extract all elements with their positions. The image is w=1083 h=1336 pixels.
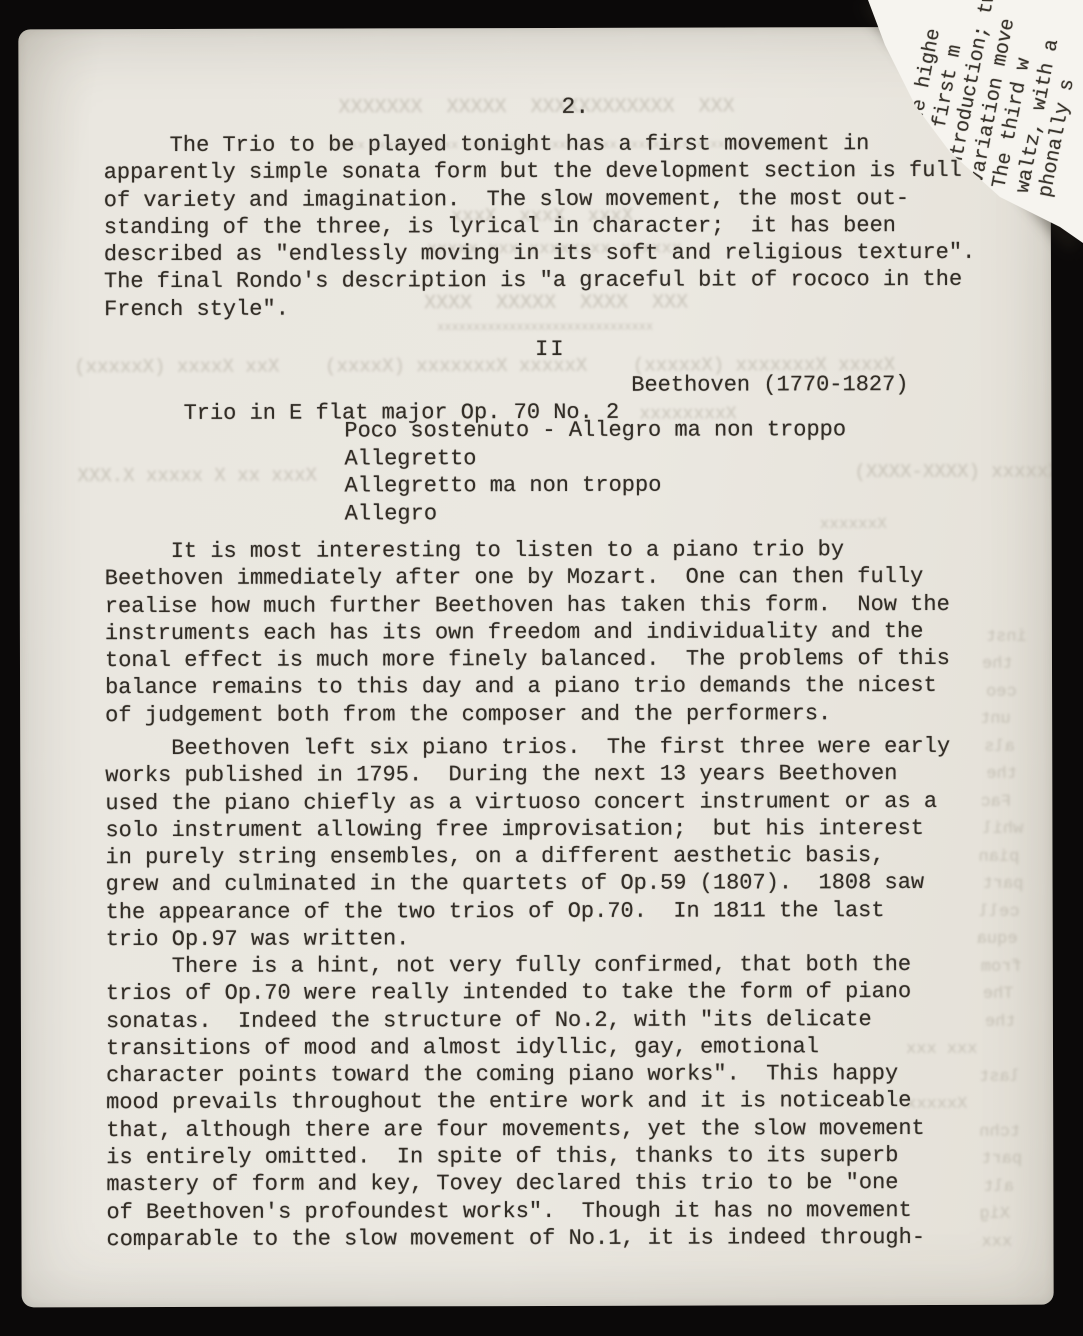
ghost-showthrough-text: unt (980, 711, 1011, 728)
text-line: of variety and imagination. The slow mov… (104, 184, 975, 214)
page-number: 2. (561, 94, 589, 121)
ghost-showthrough-text: part (981, 1151, 1022, 1168)
text-line: It is most interesting to listen to a pi… (105, 536, 950, 566)
ghost-showthrough-text: XXX XXXXXXXXXXXX XXXXX XXXXXXX (339, 97, 735, 118)
ghost-showthrough-text: pian (978, 849, 1019, 866)
ghost-showthrough-text: the (982, 656, 1013, 673)
text-line: balance remains to this day and a piano … (105, 672, 950, 702)
ghost-showthrough-text: tchn (979, 1124, 1020, 1141)
text-line: sonatas. Indeed the structure of No.2, w… (106, 1006, 925, 1035)
photo-background: XXX XXXXXXXXXXXX XXXXX XXXXXXXxxx xxxxxx… (0, 0, 1083, 1336)
text-line: solo instrument allowing free improvisat… (105, 815, 950, 845)
text-line: described as "endlessly moving in its so… (104, 239, 975, 269)
ghost-showthrough-text: from (981, 959, 1022, 976)
movement-list: Poco sostenuto - Allegro ma non troppoAl… (344, 416, 846, 527)
text-line: grew and culminated in the quartets of O… (106, 869, 951, 899)
ghost-showthrough-text: Xig (979, 1206, 1010, 1223)
text-line: is entirely omitted. In spite of this, t… (106, 1142, 925, 1171)
ghost-showthrough-text: ceo (986, 684, 1017, 701)
text-line: standing of the three, is lyrical in cha… (104, 212, 975, 242)
text-line: tonal effect is much more finely balance… (105, 645, 950, 675)
text-line: apparently simple sonata form but the de… (104, 157, 975, 187)
text-line: the appearance of the two trios of Op.70… (106, 897, 951, 927)
ghost-showthrough-text: Fac (980, 794, 1011, 811)
paragraph-4: There is a hint, not very fully confirme… (106, 951, 925, 1253)
ghost-showthrough-text: alt (983, 1179, 1014, 1196)
text-line: French style". (104, 294, 975, 324)
text-line: used the piano chiefly as a virtuoso con… (105, 788, 950, 818)
ghost-showthrough-text: last (979, 1069, 1020, 1086)
text-line: that, although there are four movements,… (106, 1115, 925, 1144)
document-page: XXX XXXXXXXXXXXX XXXXX XXXXXXXxxx xxxxxx… (18, 27, 1053, 1308)
ghost-showthrough-text: part (983, 876, 1024, 893)
text-line: trio Op.97 was written. (106, 924, 951, 954)
ghost-showthrough-text: xxxxxxxxxxxxxxxxxxxxxxxxxxxxxx (437, 321, 653, 334)
text-line: trios of Op.70 were really intended to t… (106, 978, 925, 1007)
ghost-showthrough-text: the (985, 1014, 1016, 1031)
ghost-showthrough-text: equa (977, 931, 1018, 948)
text-line: mood prevails throughout the entire work… (106, 1087, 925, 1116)
paragraph-3: Beethoven left six piano trios. The firs… (105, 733, 951, 954)
text-line: Poco sostenuto - Allegro ma non troppo (344, 416, 846, 445)
ghost-showthrough-text: cell (979, 904, 1020, 921)
text-line: character points toward the coming piano… (106, 1060, 925, 1089)
composer-dates: Beethoven (1770-1827) (631, 371, 908, 399)
ghost-showthrough-text: als (984, 739, 1015, 756)
text-line: There is a hint, not very fully confirme… (106, 951, 925, 980)
text-line: Allegretto (344, 444, 846, 473)
ghost-showthrough-text: inst (986, 629, 1027, 646)
paragraph-2: It is most interesting to listen to a pi… (105, 536, 950, 729)
text-line: of judgement both from the composer and … (105, 700, 950, 730)
ghost-showthrough-text: xxx (981, 1234, 1012, 1251)
text-line: The final Rondo's description is "a grac… (104, 266, 975, 296)
text-line: Beethoven immediately after one by Mozar… (105, 563, 950, 593)
text-line: mastery of form and key, Tovey declared … (106, 1169, 925, 1198)
ghost-showthrough-text: the (986, 766, 1017, 783)
ghost-showthrough-text: whil (982, 821, 1023, 838)
section-numeral: II (535, 336, 565, 363)
text-line: comparable to the slow movement of No.1,… (106, 1224, 925, 1253)
text-line: The Trio to be played tonight has a firs… (104, 130, 975, 160)
text-line: Allegro (345, 499, 847, 528)
text-line: instruments each has its own freedom and… (105, 618, 950, 648)
text-line: Allegretto ma non troppo (344, 471, 846, 500)
ghost-showthrough-text: The (983, 986, 1014, 1003)
text-line: in purely string ensembles, on a differe… (105, 842, 950, 872)
text-line: Beethoven left six piano trios. The firs… (105, 733, 950, 763)
text-line: works published in 1795. During the next… (105, 760, 950, 790)
text-line: realise how much further Beethoven has t… (105, 591, 950, 621)
paragraph-1: The Trio to be played tonight has a firs… (104, 130, 976, 323)
text-line: of Beethoven's profoundest works". Thoug… (106, 1197, 925, 1226)
text-line: transitions of mood and almost idyllic, … (106, 1033, 925, 1062)
